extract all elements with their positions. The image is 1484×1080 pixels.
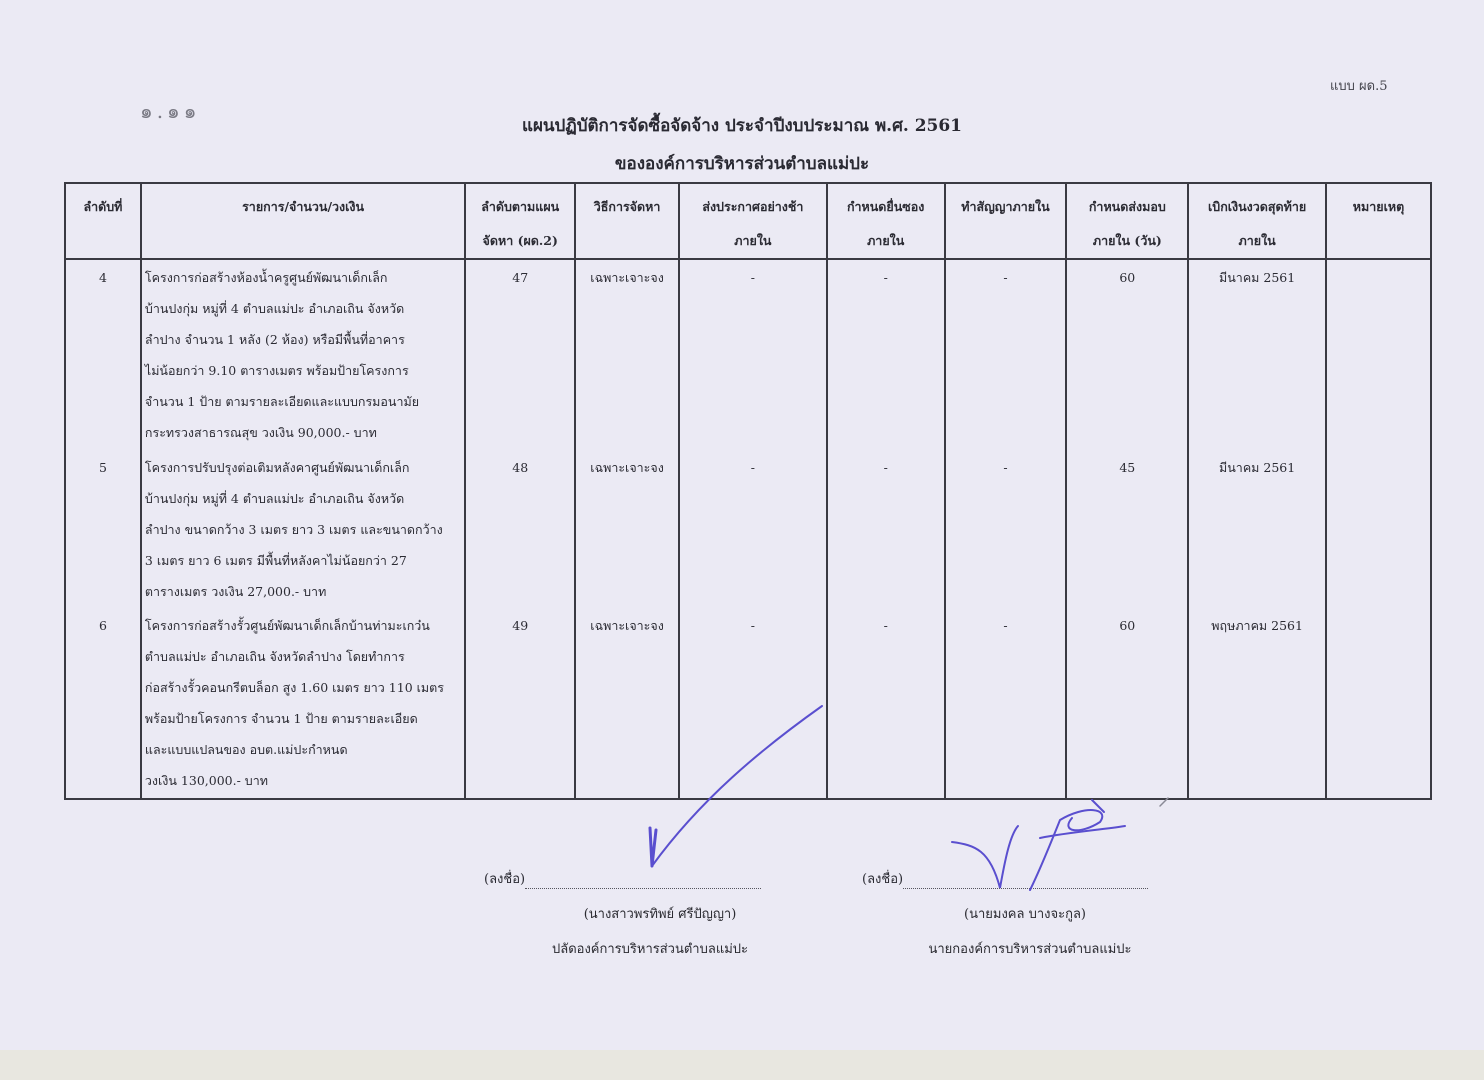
cells-announce: - - - [679,259,827,799]
signature-line-right: (ลงชื่อ) [862,868,1148,889]
contract-deadline: - [946,452,1066,483]
col-header-description: รายการ/จำนวน/วงเงิน [141,183,465,259]
procurement-method: เฉพาะเจาะจง [576,262,678,293]
table-header-row: ลำดับที่ รายการ/จำนวน/วงเงิน ลำดับตามแผน… [65,183,1431,259]
col-header-remark: หมายเหตุ [1326,183,1431,259]
col-header-final-payment: เบิกเงินงวดสุดท้ายภายใน [1188,183,1326,259]
row-number: 6 [66,610,140,641]
bid-deadline: - [828,610,944,641]
table-body-row: 4 5 6 โครงการก่อสร้างห้องน้ำครูศูนย์พัฒน… [65,259,1431,799]
form-code: แบบ ผด.5 [1330,75,1387,96]
row-number: 5 [66,452,140,483]
sign-label: (ลงชื่อ) [484,872,525,887]
item-description: โครงการปรับปรุงต่อเติมหลังคาศูนย์พัฒนาเด… [142,452,464,607]
cells-contract: - - - [945,259,1067,799]
col-header-method: วิธีการจัดหา [575,183,679,259]
plan-number: 48 [466,452,574,483]
signature-line-left: (ลงชื่อ) [484,868,761,889]
procurement-method: เฉพาะเจาะจง [576,452,678,483]
bid-deadline: - [828,452,944,483]
scanner-edge [0,1050,1484,1080]
contract-deadline: - [946,610,1066,641]
item-description: โครงการก่อสร้างรั้วศูนย์พัฒนาเด็กเล็กบ้า… [142,610,464,796]
cells-bid: - - - [827,259,945,799]
document-title: แผนปฏิบัติการจัดซื้อจัดจ้าง ประจำปีงบประ… [0,112,1484,139]
col-header-no: ลำดับที่ [65,183,141,259]
delivery-days: 45 [1067,452,1187,483]
col-header-contract: ทำสัญญาภายใน [945,183,1067,259]
contract-deadline: - [946,262,1066,293]
announce-deadline: - [680,610,826,641]
plan-number: 47 [466,262,574,293]
final-payment-month: พฤษภาคม 2561 [1189,610,1325,641]
procurement-plan-table: ลำดับที่ รายการ/จำนวน/วงเงิน ลำดับตามแผน… [64,182,1432,800]
final-payment-month: มีนาคม 2561 [1189,262,1325,293]
cells-plan-no: 47 48 49 [465,259,575,799]
col-header-delivery: กำหนดส่งมอบภายใน (วัน) [1066,183,1188,259]
signer-position-left: ปลัดองค์การบริหารส่วนตำบลแม่ปะ [500,938,800,959]
col-header-bid: กำหนดยื่นซองภายใน [827,183,945,259]
cells-final-payment: มีนาคม 2561 มีนาคม 2561 พฤษภาคม 2561 [1188,259,1326,799]
sign-label: (ลงชื่อ) [862,872,903,887]
cells-method: เฉพาะเจาะจง เฉพาะเจาะจง เฉพาะเจาะจง [575,259,679,799]
col-header-plan-no: ลำดับตามแผนจัดหา (ผด.2) [465,183,575,259]
announce-deadline: - [680,452,826,483]
signer-position-right: นายกองค์การบริหารส่วนตำบลแม่ปะ [880,938,1180,959]
cells-description: โครงการก่อสร้างห้องน้ำครูศูนย์พัฒนาเด็กเ… [141,259,465,799]
bid-deadline: - [828,262,944,293]
delivery-days: 60 [1067,610,1187,641]
document-subtitle: ขององค์การบริหารส่วนตำบลแม่ปะ [0,150,1484,177]
cells-delivery: 60 45 60 [1066,259,1188,799]
signer-name-left: (นางสาวพรทิพย์ ศรีปัญญา) [520,903,800,924]
cells-no: 4 5 6 [65,259,141,799]
col-header-announce: ส่งประกาศอย่างช้าภายใน [679,183,827,259]
signer-name-right: (นายมงคล บางจะกูล) [900,903,1150,924]
cells-remark [1326,259,1431,799]
announce-deadline: - [680,262,826,293]
item-description: โครงการก่อสร้างห้องน้ำครูศูนย์พัฒนาเด็กเ… [142,262,464,448]
plan-number: 49 [466,610,574,641]
delivery-days: 60 [1067,262,1187,293]
procurement-method: เฉพาะเจาะจง [576,610,678,641]
row-number: 4 [66,262,140,293]
final-payment-month: มีนาคม 2561 [1189,452,1325,483]
